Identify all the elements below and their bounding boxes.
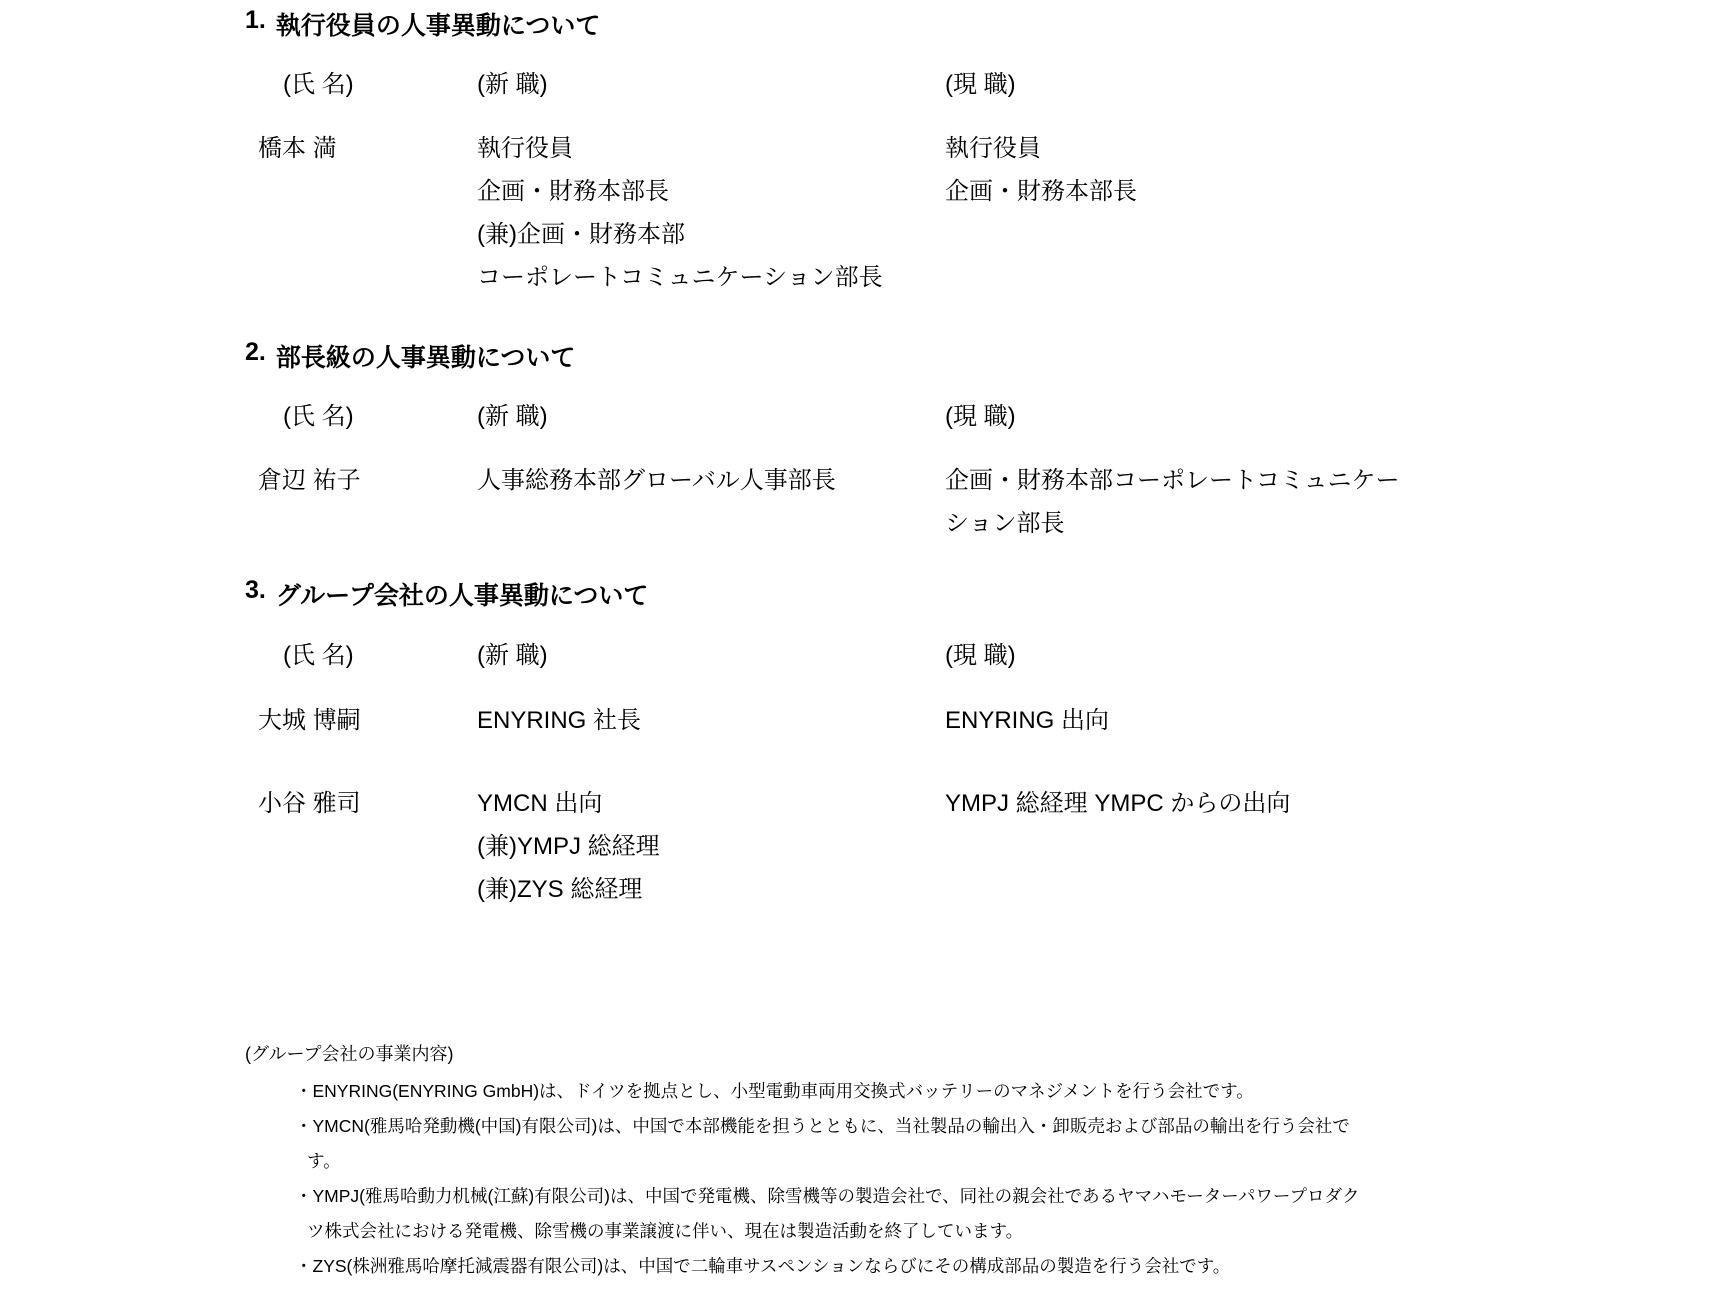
section-1-column-header-name: (氏 名) [283, 64, 354, 99]
new-position-line: 企画・財務本部長 [477, 171, 669, 206]
current-position-line: 企画・財務本部コーポレートコミュニケー [945, 460, 1400, 495]
personnel-change-document-page: 1. 執行役員の人事異動について (氏 名) (新 職) (現 職) 橋本 満 … [0, 0, 1720, 1290]
new-position-line: 執行役員 [477, 128, 573, 163]
new-position-line: YMCN 出向 [477, 783, 602, 818]
current-position-line: ション部長 [945, 503, 1065, 538]
section-3-title: グループ会社の人事異動について [276, 576, 649, 612]
person-name: 倉辺 祐子 [258, 460, 361, 495]
note-item-enyring: ・ENYRING(ENYRING GmbH)は、ドイツを拠点とし、小型電動車両用… [295, 1074, 1254, 1109]
current-position-line: 執行役員 [945, 128, 1041, 163]
section-2-column-header-name: (氏 名) [283, 396, 354, 431]
new-position-line: (兼)企画・財務本部 [477, 214, 685, 249]
new-position-line: (兼)ZYS 総経理 [477, 869, 642, 904]
note-item-zys: ・ZYS(株洲雅馬哈摩托減震器有限公司)は、中国で二輪車サスペンションならびにそ… [295, 1249, 1230, 1284]
current-position-line: 企画・財務本部長 [945, 171, 1137, 206]
section-3-column-header-current: (現 職) [945, 635, 1016, 670]
section-1-title: 執行役員の人事異動について [276, 6, 601, 42]
new-position-line: (兼)YMPJ 総経理 [477, 826, 660, 861]
person-name: 大城 博嗣 [258, 700, 361, 735]
section-3-number: 3. [245, 576, 266, 612]
person-name: 小谷 雅司 [258, 783, 361, 818]
notes-title: (グループ会社の事業内容) [245, 1040, 454, 1066]
section-1-heading: 1. 執行役員の人事異動について [245, 6, 600, 42]
section-1-column-header-new: (新 職) [477, 64, 548, 99]
section-1-number: 1. [245, 6, 266, 42]
new-position-line: コーポレートコミュニケーション部長 [477, 257, 883, 292]
section-3-column-header-new: (新 職) [477, 635, 548, 670]
section-2-heading: 2. 部長級の人事異動について [245, 338, 575, 374]
current-position-line: YMPJ 総経理 YMPC からの出向 [945, 783, 1290, 818]
new-position-line: ENYRING 社長 [477, 700, 641, 735]
section-2-column-header-new: (新 職) [477, 396, 548, 431]
section-2-title: 部長級の人事異動について [276, 338, 576, 374]
section-2-column-header-current: (現 職) [945, 396, 1016, 431]
note-item-ympj: ・YMPJ(雅馬哈動力机械(江蘇)有限公司)は、中国で発電機、除雪機等の製造会社… [295, 1179, 1367, 1249]
new-position-line: 人事総務本部グローバル人事部長 [477, 460, 836, 495]
section-2-number: 2. [245, 338, 266, 374]
person-name: 橋本 満 [258, 128, 337, 163]
section-1-column-header-current: (現 職) [945, 64, 1016, 99]
section-3-heading: 3. グループ会社の人事異動について [245, 576, 648, 612]
section-3-column-header-name: (氏 名) [283, 635, 354, 670]
current-position-line: ENYRING 出向 [945, 700, 1109, 735]
note-item-ymcn: ・YMCN(雅馬哈発動機(中国)有限公司)は、中国で本部機能を担うとともに、当社… [295, 1109, 1367, 1179]
